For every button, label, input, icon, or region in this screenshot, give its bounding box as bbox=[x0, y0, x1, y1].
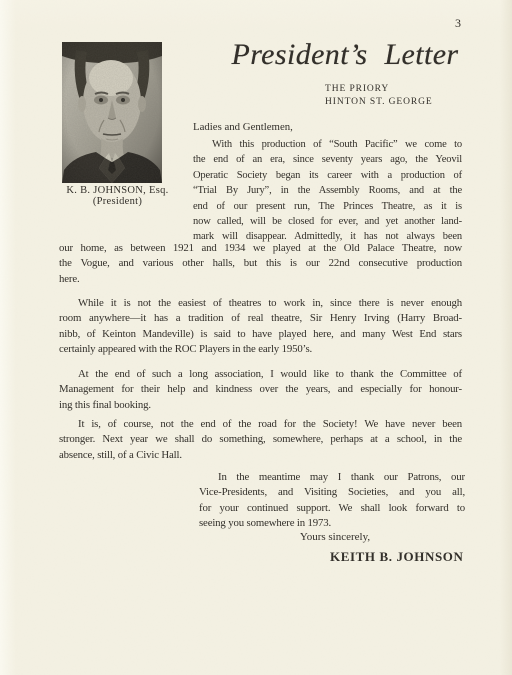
photo-caption-name: K. B. JOHNSON, Esq. bbox=[55, 185, 180, 196]
page-title: President’s Letter bbox=[180, 38, 510, 72]
letter-line: end of our present run, The Princes Thea… bbox=[193, 199, 462, 214]
letter-line: our home, as between 1921 and 1934 we pl… bbox=[59, 241, 462, 256]
photo-caption-role: (President) bbox=[55, 196, 180, 207]
letter-salutation: Ladies and Gentlemen, bbox=[193, 121, 293, 133]
president-photo bbox=[62, 42, 162, 183]
portrait-photo-illustration bbox=[62, 42, 162, 183]
letter-line: stronger. Next year we shall do somethin… bbox=[59, 432, 462, 447]
letter-line: Operatic Society began its career with a… bbox=[193, 168, 462, 183]
address-line-1: THE PRIORY bbox=[325, 83, 433, 96]
letter-paragraph-3: At the end of such a long association, I… bbox=[59, 367, 462, 413]
page-number: 3 bbox=[455, 16, 461, 31]
letter-line: At the end of such a long association, I… bbox=[59, 367, 462, 382]
letter-line: Management for their help and kindness o… bbox=[59, 382, 462, 397]
address-line-2: HINTON ST. GEORGE bbox=[325, 96, 433, 109]
letter-line: It is, of course, not the end of the roa… bbox=[59, 417, 462, 432]
letter-line: Vice-Presidents, and Visiting Societies,… bbox=[199, 485, 465, 500]
sender-address: THE PRIORY HINTON ST. GEORGE bbox=[325, 83, 433, 109]
letter-paragraph-4: It is, of course, not the end of the roa… bbox=[59, 417, 462, 463]
letter-paragraph-1-beside-photo: With this production of “South Pacific” … bbox=[193, 137, 462, 245]
letter-line: for your continued support. We shall loo… bbox=[199, 501, 465, 516]
letter-line: the Vogue, and various other halls, but … bbox=[59, 256, 462, 271]
letter-line: In the meantime may I thank our Patrons,… bbox=[199, 470, 465, 485]
letter-line: With this production of “South Pacific” … bbox=[193, 137, 462, 152]
letter-line: absence, still, of a Civic Hall. bbox=[59, 448, 462, 463]
letter-paragraph-1-continued: our home, as between 1921 and 1934 we pl… bbox=[59, 241, 462, 287]
letter-line: here. bbox=[59, 272, 462, 287]
letter-paragraph-2: While it is not the easiest of theatres … bbox=[59, 296, 462, 358]
photo-caption: K. B. JOHNSON, Esq. (President) bbox=[55, 185, 180, 207]
letter-line: room anywhere—it has a tradition of real… bbox=[59, 311, 462, 326]
letter-signature: KEITH B. JOHNSON bbox=[330, 549, 464, 565]
letter-line: While it is not the easiest of theatres … bbox=[59, 296, 462, 311]
letter-line: now called, will be closed for ever, and… bbox=[193, 214, 462, 229]
letter-line: seeing you somewhere in 1973. bbox=[199, 516, 465, 531]
letter-line: ing this final booking. bbox=[59, 398, 462, 413]
letter-line: certainly appeared with the ROC Players … bbox=[59, 342, 462, 357]
programme-page: 3 President’s Letter THE PRIORY HINTON S… bbox=[0, 0, 512, 675]
letter-line: nibb, of Keinton Mandeville) is said to … bbox=[59, 327, 462, 342]
letter-valediction: Yours sincerely, bbox=[255, 531, 415, 543]
letter-line: the end of an era, since seventy years a… bbox=[193, 152, 462, 167]
letter-closing-paragraph: In the meantime may I thank our Patrons,… bbox=[199, 470, 465, 532]
letter-line: “Trial By Jury”, in the Assembly Rooms, … bbox=[193, 183, 462, 198]
